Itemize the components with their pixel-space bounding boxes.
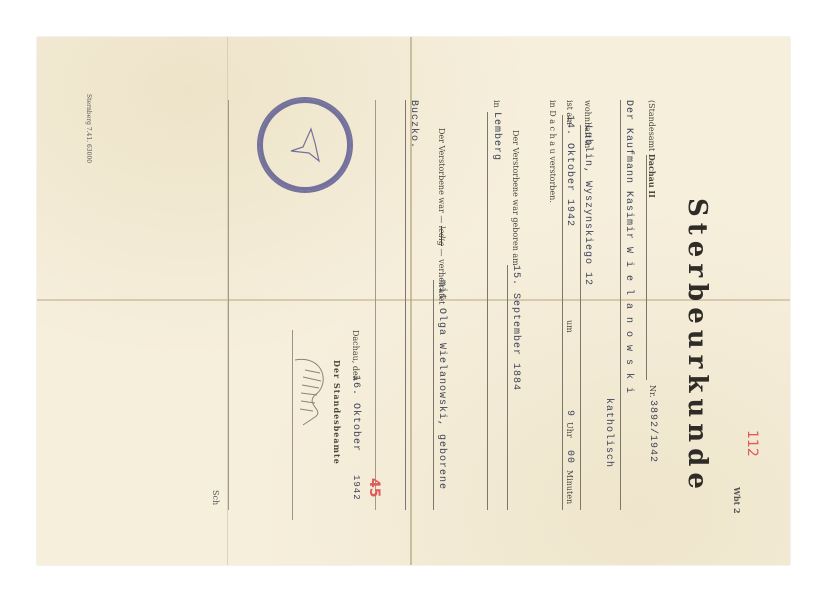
- time-um-label: um: [565, 320, 574, 333]
- handwritten-red-number: 112: [744, 430, 760, 457]
- place-of-death: in D a c h a u verstorben.: [548, 100, 557, 203]
- handwritten-red-mark: 45: [366, 478, 382, 497]
- spouse: mit Olga Wielanowski, geborene: [436, 280, 447, 490]
- death-hour: 9: [564, 410, 575, 417]
- rule: [375, 100, 376, 510]
- certificate-number-label: Nr.: [648, 385, 657, 398]
- eagle-emblem-icon: [281, 121, 329, 169]
- death-date: 14. Oktober 1942: [564, 115, 575, 227]
- deceased-name: Der Kaufmann Kasimir W i e l a n o w s k…: [623, 100, 634, 394]
- official-stamp: [257, 97, 353, 193]
- birth-date: 15. September 1884: [510, 265, 521, 391]
- married-label: Der Verstorbene war — ledig — verheirate…: [437, 128, 446, 304]
- minutes-label: Minuten: [565, 470, 574, 504]
- rule: [507, 265, 508, 510]
- rule: [405, 100, 406, 510]
- birth-place-prefix: in: [492, 100, 501, 108]
- rule: [562, 115, 563, 510]
- registry-office-label: (Standesamt Dachau II: [647, 100, 657, 198]
- issued-place-label: Dachau, den: [351, 330, 360, 381]
- horizontal-fold: [37, 299, 790, 301]
- religion: katholisch: [603, 398, 614, 468]
- issued-date: 16. Oktober: [350, 375, 361, 452]
- born-label: Der Verstorbene war geboren am: [511, 130, 520, 266]
- rule: [646, 155, 647, 380]
- rule: [433, 280, 434, 510]
- spouse-maiden-name: Buczko.: [408, 100, 419, 149]
- document-title: Sterbeurkunde: [682, 198, 712, 495]
- handwritten-signature: [285, 355, 330, 435]
- rule: [228, 100, 229, 510]
- rule: [580, 125, 581, 510]
- death-minutes: 00: [564, 450, 575, 464]
- rule: [620, 100, 621, 510]
- issued-year: 1942: [351, 475, 361, 501]
- rule: [487, 112, 488, 510]
- birth-place: Lemberg: [491, 112, 502, 161]
- form-number: Wbt 2: [732, 487, 742, 514]
- residence: Lublin, Wyszynskiego 12: [582, 125, 593, 286]
- form-code: Sternberg 7.41. 63000: [85, 94, 92, 163]
- footer-abbr: Sch: [211, 490, 220, 505]
- hour-label: Uhr: [565, 422, 574, 438]
- certificate-number: 3892/1942: [647, 400, 658, 463]
- registry-office: Dachau II: [647, 154, 657, 198]
- signature-title: Der Standesbeamte: [332, 360, 342, 465]
